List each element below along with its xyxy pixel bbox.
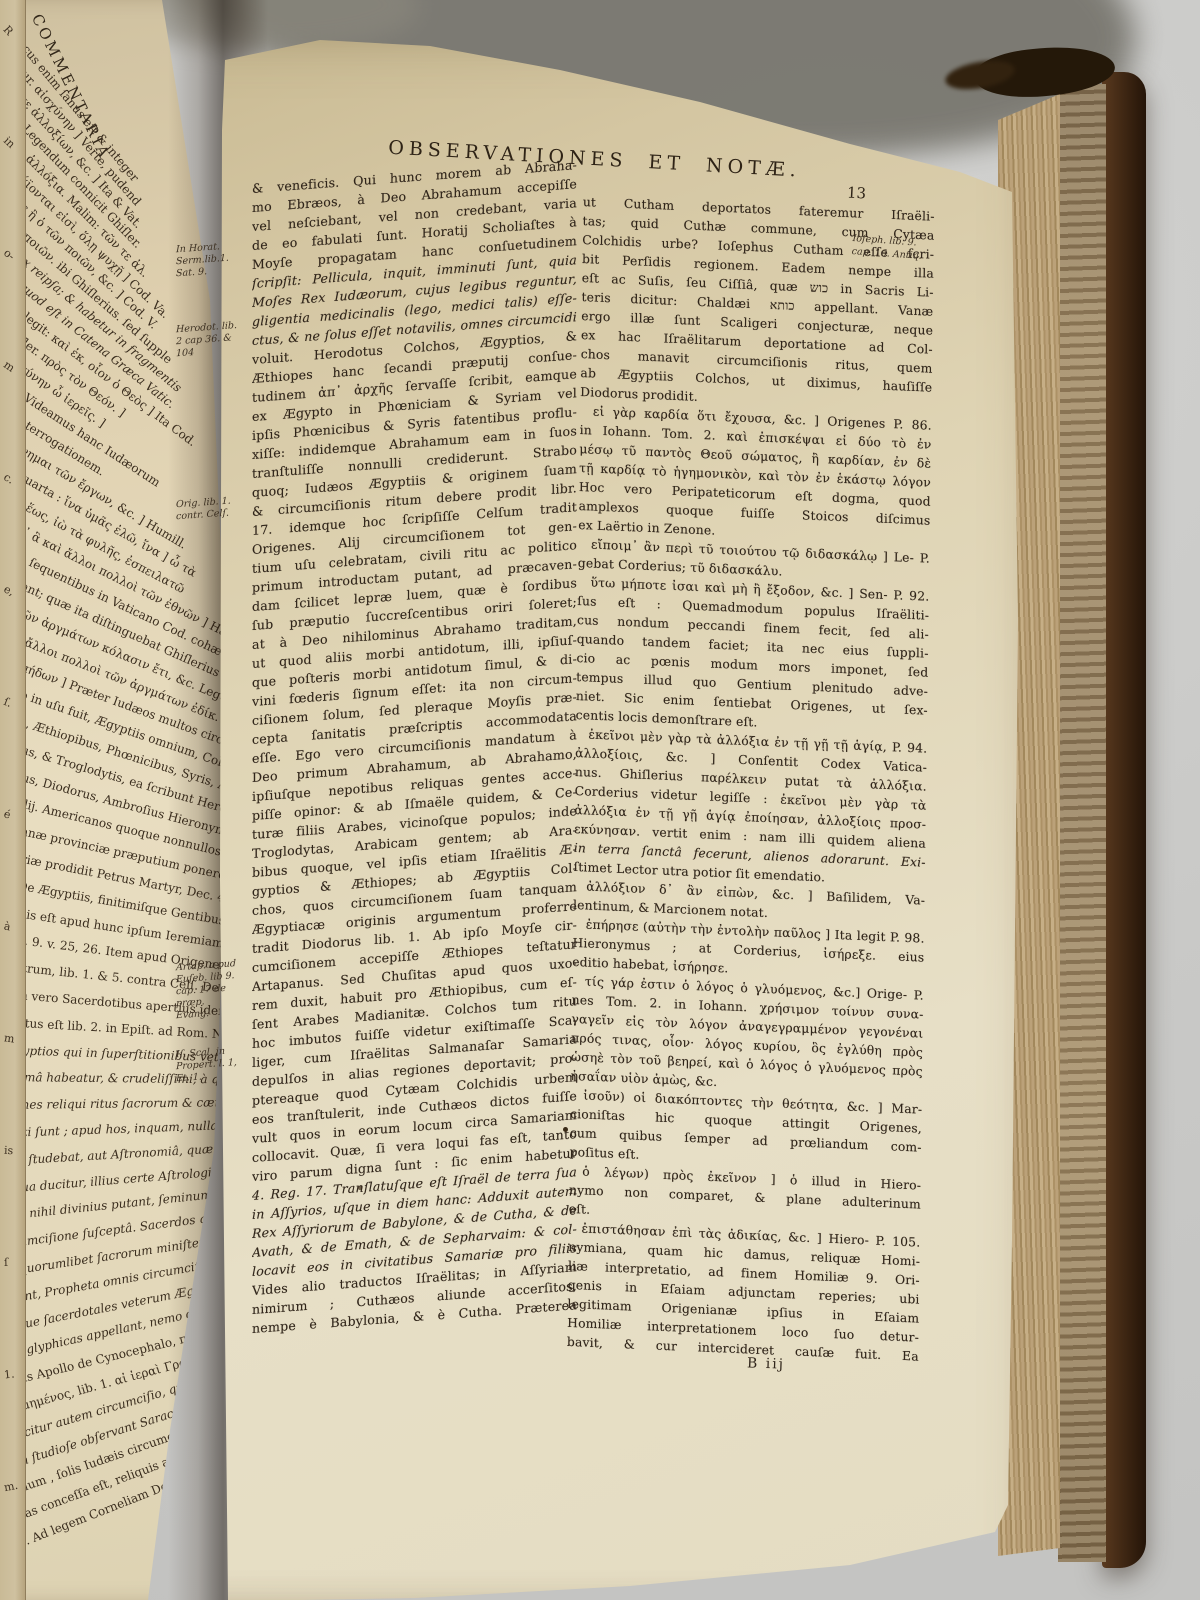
margin-note: Orig. lib. 1. contr. Celſ. — [176, 495, 238, 523]
margin-note: Herodot. lib. 2 cap 36. & 104 — [176, 320, 238, 360]
stack-text-fragment: R — [1, 23, 16, 38]
page-number: 13 — [847, 184, 867, 203]
photo-background: COMMENTARIAne, locus enim ſanus eſt & in… — [0, 0, 1200, 1600]
stack-text-fragment: ſ — [4, 1256, 8, 1269]
stack-text-fragment: 1. — [3, 1367, 15, 1381]
ink-speck — [358, 1186, 362, 1190]
stack-text-fragment: o- — [1, 246, 17, 263]
stack-text-fragment: à — [3, 919, 12, 933]
stack-text-fragment: m — [3, 1031, 15, 1045]
margin-note: Artap. a pud Euſeb. lib 9. cap. 17 de pr… — [176, 958, 238, 1022]
margin-note: Iſ. Scal. in Propert. l. 1, Et. 1. — [176, 1045, 238, 1085]
stack-text-fragment: c. — [1, 470, 16, 486]
gathering-signature: B iij — [747, 1355, 786, 1372]
ink-speck — [563, 1127, 568, 1132]
stack-text-fragment: in — [1, 134, 18, 151]
stack-text-fragment: is — [4, 1144, 14, 1157]
stack-text-fragment: é — [2, 807, 12, 821]
cover-inner-edge — [1058, 84, 1106, 1562]
left-text-column: & veneficis. Qui hunc morem ab Abraha-mo… — [252, 155, 577, 1338]
stack-text-fragment: m. — [3, 1479, 19, 1494]
stack-text-fragment: m — [1, 358, 17, 375]
margin-note: In Horat. Serm.lib.1. Sat. 9. — [176, 240, 238, 280]
stack-text-fragment: ſ. — [2, 695, 14, 710]
page-stack-sliver: Rino-mc.e,ſ.éàmisſ1.m. — [0, 0, 26, 1600]
stack-text-fragment: e, — [2, 582, 17, 598]
leather-cover-edge — [1102, 72, 1146, 1568]
left-margin-notes: In Horat. Serm.lib.1. Sat. 9.Herodot. li… — [176, 0, 242, 1600]
right-text-column: ut Cutham deportatos fateremur Iſraëli-t… — [567, 193, 935, 1367]
